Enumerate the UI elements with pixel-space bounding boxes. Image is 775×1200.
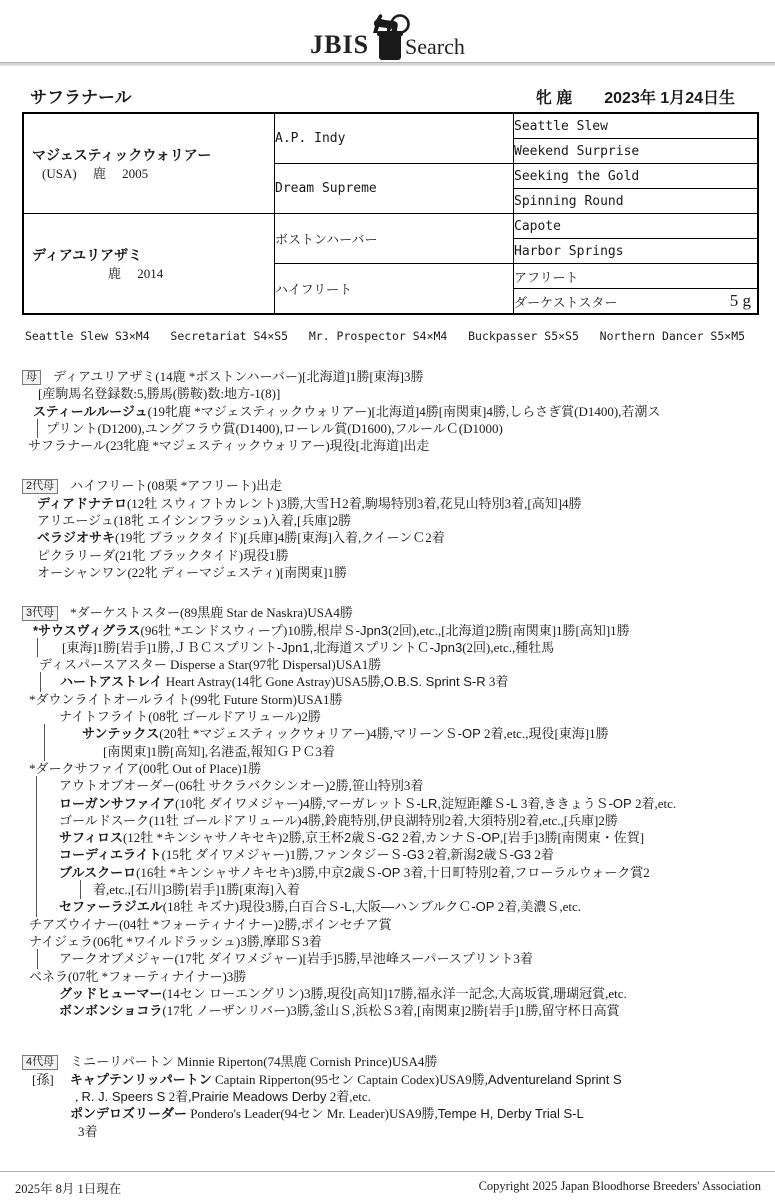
pedigree-text: (2回),etc.,[北海道]2勝[南関東]1勝[高知]1勝: [388, 623, 630, 638]
pedigree-text: [南関東]1勝[高知],名港盃,報知ＧＰＣ3着: [103, 744, 335, 759]
pedigree-line: ポンデロズリーダー Pondero's Leader(94セン Mr. Lead…: [22, 1105, 753, 1122]
pedigree-text: 2着,美濃Ｓ,etc.: [494, 899, 581, 914]
grandparent-cell: ボストンハーバー: [275, 214, 514, 264]
pedigree-text: チアズウイナー(04牡 *フォーティナイナー)2勝,ポインセチア賞: [29, 917, 392, 932]
greatgrandparent-cell: Weekend Surprise: [514, 139, 759, 164]
pedigree-text: [産駒馬名登録数:5,勝馬(勝鞍)数:地方-1(8)]: [38, 386, 280, 401]
pedigree-line: セファーラジエル(18牡 キズナ)現役3勝,白百合Ｓ-L,大阪—ハンブルクＣ-O…: [22, 898, 753, 915]
copyright-text: Copyright 2025 Japan Bloodhorse Breeders…: [479, 1179, 761, 1197]
pedigree-section: 2代母ハイフリート(08栗 *アフリート)出走ディアドナテロ(12牡 スウィフト…: [22, 477, 753, 581]
header-divider: [0, 62, 775, 66]
race-name: R. J. Speers S: [82, 1089, 166, 1104]
tree-connector-line: [44, 742, 45, 761]
race-name: カンナＳ-OP: [425, 830, 500, 845]
sire-cell: マジェスティックウォリアー (USA) 鹿 2005: [23, 113, 275, 214]
pedigree-text: ピクラリーダ(21牝 ブラックタイド)現役1勝: [37, 548, 289, 563]
generation-label: 3代母: [22, 606, 58, 621]
pedigree-section: 4代母ミニーリパートン Minnie Riperton(74黒鹿 Cornish…: [22, 1053, 753, 1139]
pedigree-text: Captain Ripperton(95セン Captain Codex)USA…: [212, 1072, 488, 1087]
pedigree-table: マジェスティックウォリアー (USA) 鹿 2005 A.P. Indy Sea…: [22, 112, 759, 315]
horse-name: キャプテンリッパートン: [70, 1072, 212, 1087]
pedigree-line: アウトオブオーダー(06牡 サクラバクシンオー)2勝,笹山特別3着: [22, 777, 753, 794]
pedigree-text: ハイフリート(08栗 *アフリート)出走: [70, 478, 282, 493]
pedigree-text: サフラナール(23牝鹿 *マジェスティックウォリアー)現役[北海道]出走: [28, 438, 429, 453]
pedigree-line: アークオブメジャー(17牝 ダイワメジャー)[岩手]5勝,早池峰スーパースプリン…: [22, 950, 753, 967]
horse-title-row: サフラナール 牝 鹿 2023年 1月24日生: [22, 83, 753, 109]
as-of-date: 2025年 8月 1日現在: [15, 1179, 121, 1197]
tree-connector-line: [37, 949, 38, 968]
pedigree-text: (10牝 ダイワメジャー)4勝,: [175, 796, 326, 811]
pedigree-text: (18牡 キズナ)現役3勝,: [163, 899, 288, 914]
race-name: 京王杯2歳Ｓ-G2: [305, 830, 399, 845]
pedigree-text: ナイトフライト(08牝 ゴールドアリュール)2勝: [59, 709, 321, 724]
pedigree-line: 着,etc.,[石川]3勝[岩手]1勝[東海]入着: [22, 881, 753, 898]
tree-connector-line: [80, 880, 81, 899]
pedigree-text: アリエージュ(18牝 エイシンフラッシュ)入着,[兵庫]2勝: [37, 513, 351, 528]
pedigree-text: *ダークサファイア(00牝 Out of Place)1勝: [29, 761, 261, 776]
pedigree-line: アリエージュ(18牝 エイシンフラッシュ)入着,[兵庫]2勝: [22, 512, 753, 529]
pedigree-text: オーシャンワン(22牝 ディーマジェスティ)[南関東]1勝: [37, 565, 347, 580]
greatgrandparent-cell: ダーケストスター 5 g: [514, 289, 759, 315]
watermark-text: 5 g: [730, 291, 751, 311]
pedigree-text: 2着,: [424, 847, 450, 862]
horse-name: サフラナール: [22, 83, 132, 108]
pedigree-text: (19牝鹿 *マジェスティックウォリアー)[北海道]4勝[南関東]4勝,しらさぎ…: [148, 404, 661, 419]
pedigree-text: 3着: [78, 1124, 98, 1139]
greatgrandparent-cell: アフリート: [514, 264, 759, 289]
jbis-logo: JBIS Search: [0, 0, 775, 60]
horse-name: *サウスヴィグラス: [33, 623, 141, 638]
grandparent-cell: ハイフリート: [275, 264, 514, 315]
pedigree-sections: 母ディアユリアザミ(14鹿 *ボストンハーバー)[北海道]1勝[東海]3勝[産駒…: [22, 368, 753, 1140]
pedigree-text: ,[岩手]3勝[南関東・佐賀]: [500, 830, 644, 845]
horse-name: セファーラジエル: [59, 899, 163, 914]
pedigree-line: [産駒馬名登録数:5,勝馬(勝鞍)数:地方-1(8)]: [22, 385, 753, 402]
pedigree-text: (12牡 スウィフトカレント)3勝,大雪Ｈ2着,駒場特別3着,花見山特別3着,[…: [127, 496, 582, 511]
race-name: Tempe H, Derby Trial S-L: [438, 1106, 584, 1121]
sire-name: マジェスティックウォリアー: [24, 146, 274, 165]
race-name: Prairie Meadows Derby: [191, 1089, 326, 1104]
pedigree-text: (96牡 *エンドスウィープ)10勝,: [141, 623, 317, 638]
pedigree-text: Heart Astray(14牝 Gone Astray)USA5勝,: [162, 674, 383, 689]
pedigree-line: [南関東]1勝[高知],名港盃,報知ＧＰＣ3着: [22, 743, 753, 760]
greatgrandparent-cell: Seattle Slew: [514, 113, 759, 139]
pedigree-line: ピクラリーダ(21牝 ブラックタイド)現役1勝: [22, 547, 753, 564]
pedigree-text: アークオブメジャー(17牝 ダイワメジャー)[岩手]5勝,早池峰スーパースプリン…: [59, 951, 533, 966]
section-head-line: 3代母*ダーケストスター(89黒鹿 Star de Naskra)USA4勝: [22, 604, 753, 621]
pedigree-line: ディアドナテロ(12牡 スウィフトカレント)3勝,大雪Ｈ2着,駒場特別3着,花見…: [22, 495, 753, 512]
pedigree-line: ゴールドスーク(11牡 ゴールドアリュール)4勝,鈴鹿特別,伊良湖特別2着,大須…: [22, 812, 753, 829]
greatgrandparent-name: ダーケストスター: [514, 292, 617, 311]
pedigree-line: *サウスヴィグラス(96牡 *エンドスウィープ)10勝,根岸Ｓ-Jpn3(2回)…: [22, 622, 753, 639]
race-name: 白百合Ｓ-L,大阪—ハンブルクＣ-OP: [288, 899, 495, 914]
pedigree-text: ディアユリアザミ(14鹿 *ボストンハーバー)[北海道]1勝[東海]3勝: [53, 369, 423, 384]
tree-connector-line: [40, 672, 41, 691]
pedigree-line: *ダウンライトオールライト(99牝 Future Storm)USA1勝: [22, 691, 753, 708]
pedigree-line: グッドヒューマー(14セン ローエングリン)3勝,現役[高知]17勝,福永洋一記…: [22, 985, 753, 1002]
pedigree-text: ミニーリパートン Minnie Riperton(74黒鹿 Cornish Pr…: [70, 1054, 437, 1069]
pedigree-text: 3着,十日町特別2着,フローラルウォーク賞2: [400, 865, 649, 880]
pedigree-line: [孫] キャプテンリッパートン Captain Ripperton(95セン C…: [22, 1071, 753, 1088]
dam-detail: 鹿 2014: [24, 265, 274, 282]
pedigree-line: ベネラ(07牝 *フォーティナイナー)3勝: [22, 968, 753, 985]
pedigree-line: , R. J. Speers S 2着,Prairie Meadows Derb…: [22, 1088, 753, 1105]
pedigree-line: スティールルージュ(19牝鹿 *マジェスティックウォリアー)[北海道]4勝[南関…: [22, 403, 753, 420]
greatgrandparent-cell: Capote: [514, 214, 759, 239]
pedigree-text: (19牝 ブラックタイド)[兵庫]4勝[東海]入着,クイーンＣ2着: [115, 530, 445, 545]
pedigree-text: 着,etc.,[石川]3勝[岩手]1勝[東海]入着: [93, 882, 300, 897]
generation-label: 2代母: [22, 479, 58, 494]
pedigree-text: [東海]1勝[岩手]1勝,: [62, 640, 174, 655]
pedigree-text: 3着: [486, 674, 509, 689]
dam-cell: ディアユリアザミ 鹿 2014: [23, 214, 275, 315]
pedigree-text: *ダウンライトオールライト(99牝 Future Storm)USA1勝: [29, 692, 342, 707]
pedigree-line: ブルスクーロ(16牡 *キンシャサノキセキ)3勝,中京2歳Ｓ-OP 3着,十日町…: [22, 864, 753, 881]
pedigree-text: *ダーケストスター(89黒鹿 Star de Naskra)USA4勝: [70, 605, 353, 620]
greatgrandparent-cell: Seeking the Gold: [514, 164, 759, 189]
pedigree-report-page: JBIS Search サフラナール 牝 鹿 2023年 1月24日生 マジェス…: [0, 0, 775, 1200]
greatgrandparent-cell: Spinning Round: [514, 189, 759, 214]
pedigree-text: 2着,: [165, 1089, 191, 1104]
tree-connector-line: [37, 419, 38, 438]
pedigree-line: ボンボンショコラ(17牝 ノーザンリバー)3勝,釜山Ｓ,浜松Ｓ3着,[南関東]2…: [22, 1002, 753, 1019]
pedigree-text: 2着,: [399, 830, 425, 845]
race-name: O.B.S. Sprint S-R: [384, 674, 486, 689]
horse-name: ポンデロズリーダー: [70, 1106, 187, 1121]
horse-name: サンテックス: [82, 726, 159, 741]
horse-name: コーディエライト: [59, 847, 162, 862]
horse-name: ブルスクーロ: [59, 865, 136, 880]
dam-name: ディアユリアザミ: [24, 246, 274, 265]
footer-divider: [0, 1171, 775, 1172]
pedigree-line: オーシャンワン(22牝 ディーマジェスティ)[南関東]1勝: [22, 564, 753, 581]
race-name: 中京2歳Ｓ-OP: [318, 865, 400, 880]
pedigree-line: ナイジェラ(06牝 *ワイルドラッシュ)3勝,摩耶Ｓ3着: [22, 933, 753, 950]
grandparent-cell: Dream Supreme: [275, 164, 514, 214]
race-name: 新潟2歳Ｓ-G3: [450, 847, 531, 862]
race-name: 根岸Ｓ-Jpn3: [317, 623, 389, 638]
section-head-line: 2代母ハイフリート(08栗 *アフリート)出走: [22, 477, 753, 494]
horse-name: スティールルージュ: [33, 404, 148, 419]
pedigree-text: ナイジェラ(06牝 *ワイルドラッシュ)3勝,摩耶Ｓ3着: [29, 934, 322, 949]
sire-detail: (USA) 鹿 2005: [24, 165, 274, 182]
pedigree-text: (16牡 *キンシャサノキセキ)3勝,: [136, 865, 318, 880]
jbis-logo-text: JBIS: [310, 30, 369, 60]
pedigree-line: プリント(D1200),ユングフラウ賞(D1400),ローレル賞(D1600),…: [22, 420, 753, 437]
race-name: マーガレットＳ-LR,淀短距離Ｓ-L: [326, 796, 518, 811]
horse-name: サフィロス: [59, 830, 123, 845]
tree-connector-line: [37, 638, 38, 657]
pedigree-line: ディスパースアスター Disperse a Star(97牝 Dispersal…: [22, 656, 753, 673]
pedigree-section: 3代母*ダーケストスター(89黒鹿 Star de Naskra)USA4勝*サ…: [22, 604, 753, 1019]
pedigree-text: Pondero's Leader(94セン Mr. Leader)USA9勝,: [187, 1106, 438, 1121]
pedigree-text: (15牝 ダイワメジャー)1勝,: [162, 847, 313, 862]
race-name: ききょうＳ-OP: [544, 796, 632, 811]
race-name: ＪＢＣスプリント-Jpn1,北海道スプリントＣ-Jpn3: [174, 640, 463, 655]
pedigree-text: 2着: [531, 847, 554, 862]
race-name: ファンタジーＳ-G3: [312, 847, 424, 862]
horse-name: ハートアストレイ: [60, 674, 162, 689]
pedigree-line: ハートアストレイ Heart Astray(14牝 Gone Astray)US…: [22, 673, 753, 690]
pedigree-line: サフラナール(23牝鹿 *マジェスティックウォリアー)現役[北海道]出走: [22, 437, 753, 454]
section-head-line: 母ディアユリアザミ(14鹿 *ボストンハーバー)[北海道]1勝[東海]3勝: [22, 368, 753, 385]
pedigree-text: (20牡 *マジェスティックウォリアー)4勝,: [159, 726, 393, 741]
pedigree-text: アウトオブオーダー(06牡 サクラバクシンオー)2勝,笹山特別3着: [59, 778, 423, 793]
search-logo-text: Search: [405, 34, 465, 60]
horse-name: ボンボンショコラ: [59, 1003, 162, 1018]
horse-name: ベラジオサキ: [37, 530, 115, 545]
pedigree-line: コーディエライト(15牝 ダイワメジャー)1勝,ファンタジーＳ-G3 2着,新潟…: [22, 846, 753, 863]
pedigree-line: ローガンサファイア(10牝 ダイワメジャー)4勝,マーガレットＳ-LR,淀短距離…: [22, 795, 753, 812]
generation-label: 4代母: [22, 1055, 58, 1070]
pedigree-text: [孫]: [32, 1072, 70, 1087]
pedigree-line: 3着: [22, 1123, 753, 1140]
pedigree-text: 3着,: [518, 796, 544, 811]
pedigree-line: ナイトフライト(08牝 ゴールドアリュール)2勝: [22, 708, 753, 725]
pedigree-line: *ダークサファイア(00牝 Out of Place)1勝: [22, 760, 753, 777]
pedigree-section: 母ディアユリアザミ(14鹿 *ボストンハーバー)[北海道]1勝[東海]3勝[産駒…: [22, 368, 753, 454]
horse-name: ディアドナテロ: [37, 496, 127, 511]
grandparent-cell: A.P. Indy: [275, 113, 514, 164]
pedigree-text: (17牝 ノーザンリバー)3勝,釜山Ｓ,浜松Ｓ3着,[南関東]2勝[岩手]1勝,…: [162, 1003, 619, 1018]
pedigree-text: 2着,etc.: [326, 1089, 370, 1104]
race-name: Adventureland Sprint S: [488, 1072, 622, 1087]
generation-label: 母: [22, 370, 41, 385]
pedigree-text: 2着,etc.,現役[東海]1勝: [481, 726, 609, 741]
pedigree-line: チアズウイナー(04牡 *フォーティナイナー)2勝,ポインセチア賞: [22, 916, 753, 933]
pedigree-text: プリント(D1200),ユングフラウ賞(D1400),ローレル賞(D1600),…: [46, 421, 503, 436]
report-content: サフラナール 牝 鹿 2023年 1月24日生 マジェスティックウォリアー (U…: [22, 83, 753, 1140]
pedigree-text: ディスパースアスター Disperse a Star(97牝 Dispersal…: [39, 657, 381, 672]
pedigree-text: (14セン ローエングリン)3勝,現役[高知]17勝,福永洋一記念,大高坂賞,珊…: [162, 986, 626, 1001]
greatgrandparent-cell: Harbor Springs: [514, 239, 759, 264]
horse-name: グッドヒューマー: [59, 986, 162, 1001]
horse-sex-coat-birth: 牝 鹿 2023年 1月24日生: [536, 85, 735, 108]
section-head-line: 4代母ミニーリパートン Minnie Riperton(74黒鹿 Cornish…: [22, 1053, 753, 1070]
tree-connector-line: [36, 897, 37, 916]
race-name: マリーンＳ-OP: [393, 726, 481, 741]
pedigree-text: ゴールドスーク(11牡 ゴールドアリュール)4勝,鈴鹿特別,伊良湖特別2着,大須…: [59, 813, 618, 828]
pedigree-line: サンテックス(20牡 *マジェスティックウォリアー)4勝,マリーンＳ-OP 2着…: [22, 725, 753, 742]
pedigree-line: ベラジオサキ(19牝 ブラックタイド)[兵庫]4勝[東海]入着,クイーンＣ2着: [22, 529, 753, 546]
horse-name: ローガンサファイア: [59, 796, 175, 811]
pedigree-text: ベネラ(07牝 *フォーティナイナー)3勝: [29, 969, 246, 984]
pedigree-line: [東海]1勝[岩手]1勝,ＪＢＣスプリント-Jpn1,北海道スプリントＣ-Jpn…: [22, 639, 753, 656]
pedigree-text: 2着,etc.: [632, 796, 676, 811]
inbreeding-summary: Seattle Slew S3×M4 Secretariat S4×S5 Mr.…: [22, 329, 753, 343]
pedigree-text: (2回),etc.,種牡馬: [462, 640, 554, 655]
pedigree-line: サフィロス(12牡 *キンシャサノキセキ)2勝,京王杯2歳Ｓ-G2 2着,カンナ…: [22, 829, 753, 846]
footer: 2025年 8月 1日現在 Copyright 2025 Japan Blood…: [15, 1179, 761, 1197]
pedigree-text: (12牡 *キンシャサノキセキ)2勝,: [123, 830, 305, 845]
